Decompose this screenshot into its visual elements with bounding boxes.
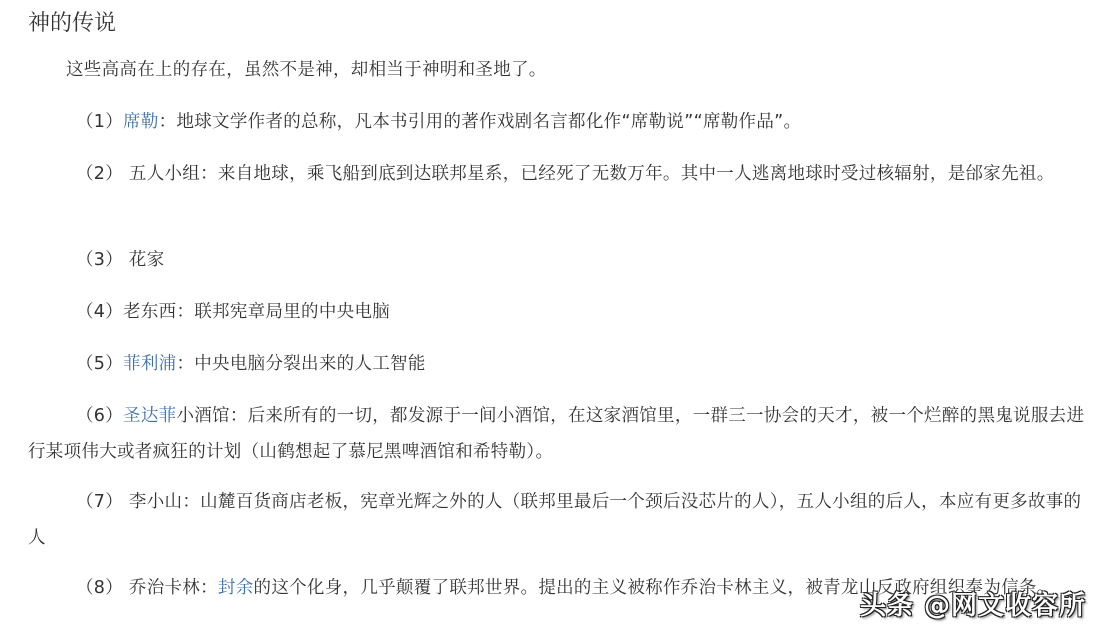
item-text: ：来自地球，乘飞船到底到达联邦星系，已经死了无数万年。其中一人逃离地球时受过核辐… (200, 164, 1054, 184)
link-santa-fe[interactable]: 圣达菲 (123, 406, 176, 426)
item-term: 花家 (123, 250, 164, 270)
item-number: （2） (76, 164, 123, 184)
link-schiller[interactable]: 席勒 (123, 112, 159, 132)
watermark: 头条 @网文收容所 (860, 590, 1086, 622)
item-term: 乔治卡林： (123, 578, 218, 598)
list-item: （7） 李小山：山麓百货商店老板，宪章光辉之外的人（联邦里最后一个颈后没芯片的人… (28, 484, 1086, 556)
intro-paragraph: 这些高高在上的存在，虽然不是神，却相当于神明和圣地了。 (28, 52, 1086, 88)
item-term: 老东西 (123, 302, 176, 322)
item-term: 五人小组 (123, 164, 200, 184)
item-text: ：联邦宪章局里的中央电脑 (176, 302, 390, 322)
item-number: （3） (76, 250, 123, 270)
item-number: （1） (76, 112, 123, 132)
item-number: （5） (76, 354, 123, 374)
item-number: （6） (76, 406, 123, 426)
list-item: （4）老东西：联邦宪章局里的中央电脑 (28, 294, 1086, 330)
item-text: ：地球文学作者的总称，凡本书引用的著作戏剧名言都化作“席勒说”“席勒作品”。 (159, 112, 802, 132)
item-term: 李小山 (123, 492, 182, 512)
link-feng-yu[interactable]: 封余 (218, 578, 254, 598)
link-philip[interactable]: 菲利浦 (123, 354, 176, 374)
item-number: （7） (76, 492, 123, 512)
list-item: （3） 花家 (28, 242, 1086, 278)
item-number: （4） (76, 302, 123, 322)
item-text: 小酒馆：后来所有的一切，都发源于一间小酒馆，在这家酒馆里，一群三一协会的天才，被… (28, 406, 1084, 462)
item-text: ：中央电脑分裂出来的人工智能 (176, 354, 425, 374)
list-item: （6）圣达菲小酒馆：后来所有的一切，都发源于一间小酒馆，在这家酒馆里，一群三一协… (28, 398, 1086, 470)
list-item: （5）菲利浦：中央电脑分裂出来的人工智能 (28, 346, 1086, 382)
list-item: （1）席勒：地球文学作者的总称，凡本书引用的著作戏剧名言都化作“席勒说”“席勒作… (28, 104, 1086, 140)
section-title: 神的传说 (28, 9, 116, 39)
item-text: ：山麓百货商店老板，宪章光辉之外的人（联邦里最后一个颈后没芯片的人），五人小组的… (28, 492, 1081, 548)
list-item: （2） 五人小组：来自地球，乘飞船到底到达联邦星系，已经死了无数万年。其中一人逃… (28, 156, 1086, 192)
item-number: （8） (76, 578, 123, 598)
